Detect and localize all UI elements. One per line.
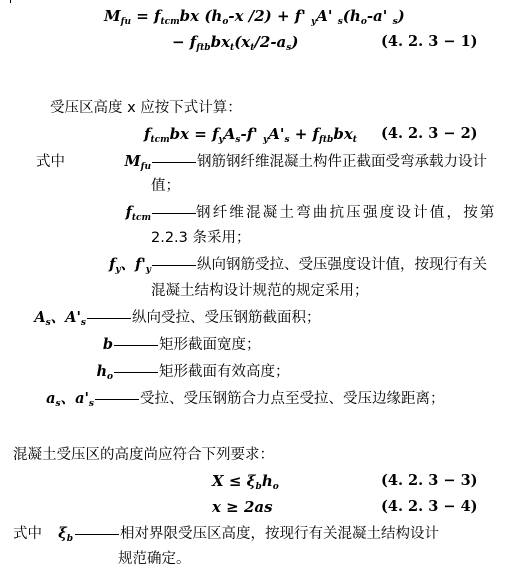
def-symbol-fy: fy、f'y bbox=[109, 255, 151, 280]
formula-part: A' bbox=[316, 7, 337, 25]
equation-number-1: (4. 2. 3 − 1) bbox=[381, 32, 478, 52]
em-dash bbox=[114, 372, 158, 373]
def-symbol-mfu: Mfu bbox=[125, 152, 151, 177]
subscript: tcm bbox=[161, 17, 180, 27]
def-b-line-1: 矩形截面宽度； bbox=[113, 335, 261, 355]
formula-part: = f bbox=[131, 7, 160, 25]
formula-2: ftcmbx = fyAs-f' yA's + fftbbxt bbox=[144, 124, 357, 150]
formula-part: bx (h bbox=[180, 7, 223, 25]
def-symbol-as-distance: as、a's bbox=[46, 389, 94, 414]
where-label: 式中 bbox=[36, 152, 65, 172]
def-ho-line-1: 矩形截面有效高度； bbox=[113, 362, 290, 382]
def-mfu-line-2: 值； bbox=[151, 176, 180, 196]
em-dash bbox=[87, 318, 131, 319]
formula-1-line-1: Mfu = ftcmbx (ho-x /2) + f' yA' s(ho-a' … bbox=[104, 6, 405, 32]
def-symbol-xi-b: ξb bbox=[58, 524, 73, 549]
formula-part: /2-a bbox=[254, 33, 286, 51]
scan-mark bbox=[10, 0, 11, 3]
formula-part: -a' bbox=[367, 7, 393, 25]
formula-part: (h bbox=[343, 7, 361, 25]
def-ftcm-line-2: 2.2.3 条采用； bbox=[151, 228, 251, 248]
em-dash bbox=[152, 265, 196, 266]
em-dash bbox=[95, 399, 139, 400]
formula-part: bx bbox=[333, 125, 352, 143]
def-as-line-1: 纵向受拉、受压钢筋截面积； bbox=[86, 308, 321, 328]
equation-number-4: (4. 2. 3 − 4) bbox=[381, 497, 478, 517]
formula-part: bx = f bbox=[170, 125, 219, 143]
formula-4: x ≥ 2as bbox=[212, 497, 273, 517]
intro-text: 受压区高度 x 应按下式计算： bbox=[50, 98, 242, 118]
subscript: fu bbox=[121, 17, 131, 27]
em-dash bbox=[114, 345, 158, 346]
equation-number-3: (4. 2. 3 − 3) bbox=[381, 471, 478, 491]
formula-part: (x bbox=[234, 33, 250, 51]
formula-part: A bbox=[224, 125, 236, 143]
def-xi-b-line-2: 规范确定。 bbox=[118, 549, 191, 569]
formula-part: -f' bbox=[240, 125, 263, 143]
def-mfu-line-1: 钢筋钢纤维混凝土构件正截面受弯承载力设计 bbox=[151, 152, 487, 172]
subscript: ftb bbox=[319, 135, 333, 145]
subscript: tcm bbox=[150, 135, 169, 145]
formula-part: − f bbox=[172, 33, 196, 51]
def-symbol-b: b bbox=[103, 335, 113, 355]
em-dash bbox=[152, 213, 196, 214]
requirement-text: 混凝土受压区的高度尚应符合下列要求： bbox=[13, 445, 274, 465]
symbol-M: M bbox=[104, 7, 121, 25]
em-dash bbox=[152, 162, 196, 163]
def-ftcm-line-1: 钢纤维混凝土弯曲抗压强度设计值，按第 bbox=[151, 203, 497, 223]
em-dash bbox=[75, 534, 119, 535]
formula-part: bx bbox=[211, 33, 230, 51]
subscript: t bbox=[353, 135, 357, 145]
def-symbol-ftcm: ftcm bbox=[126, 203, 151, 228]
formula-3: X ≤ ξbho bbox=[212, 471, 279, 497]
formula-part: ) bbox=[291, 33, 298, 51]
def-symbol-as: As、A's bbox=[34, 308, 86, 333]
formula-part: A' bbox=[268, 125, 284, 143]
formula-1-line-2: − fftbbxt(xt/2-as) bbox=[172, 32, 298, 58]
formula-part: + f bbox=[290, 125, 319, 143]
where-label-2: 式中 bbox=[13, 524, 42, 544]
def-xi-b-line-1: 相对界限受压区高度，按现行有关混凝土结构设计 bbox=[74, 524, 439, 544]
equation-number-2: (4. 2. 3 − 2) bbox=[381, 124, 478, 144]
def-fy-line-2: 混凝土结构设计规范的规定采用； bbox=[151, 281, 369, 301]
formula-part: -x /2) + f' bbox=[228, 7, 311, 25]
formula-part: ) bbox=[398, 7, 405, 25]
def-fy-line-1: 纵向钢筋受拉、受压强度设计值，按现行有关 bbox=[151, 255, 487, 275]
subscript: ftb bbox=[196, 43, 210, 53]
def-as-distance-line-1: 受拉、受压钢筋合力点至受拉、受压边缘距离； bbox=[94, 389, 445, 409]
def-symbol-ho: ho bbox=[96, 362, 113, 387]
